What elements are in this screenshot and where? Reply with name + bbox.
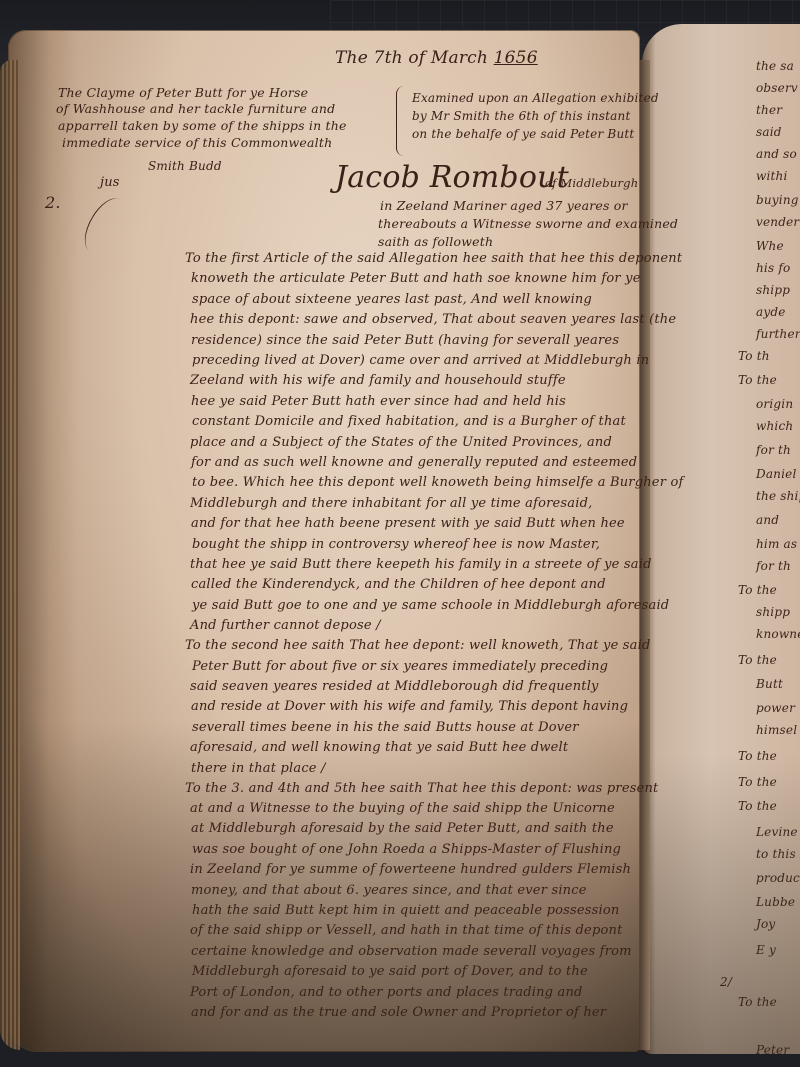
header-date: The 7th of March 1656 xyxy=(335,50,538,67)
deposition-line: knoweth the articulate Peter Butt and ha… xyxy=(191,272,641,285)
right-page-fragment: himsel xyxy=(756,724,797,736)
right-page-fragment: withi xyxy=(756,170,788,182)
deposition-line: called the Kinderendyck, and the Childre… xyxy=(191,578,606,591)
right-page-fragment: E y xyxy=(756,944,776,956)
deposition-line: and reside at Dover with his wife and fa… xyxy=(191,700,628,713)
right-page-fragment: To the xyxy=(738,776,777,788)
right-page-fragment: Lubbe xyxy=(756,896,795,908)
header-date-month: March xyxy=(431,48,488,68)
deposition-line: that hee ye said Butt there keepeth his … xyxy=(190,558,652,571)
margin-note-line: The Clayme of Peter Butt for ye Horse xyxy=(58,87,308,100)
right-page-fragment: To the xyxy=(738,374,777,386)
deposition-line: said seaven yeares resided at Middleboro… xyxy=(190,680,599,693)
deposition-line: of the said shipp or Vessell, and hath i… xyxy=(190,924,623,937)
right-page-fragment: for th xyxy=(756,560,791,572)
right-page-fragment: knowne xyxy=(756,628,800,640)
margin-note-line: immediate service of this Commonwealth xyxy=(62,137,332,150)
right-page-fragment: Levine xyxy=(756,826,798,838)
right-page-fragment: his fo xyxy=(756,262,790,274)
deposition-line: place and a Subject of the States of the… xyxy=(190,436,612,449)
deposition-line: severall times beene in his the said But… xyxy=(192,721,579,734)
deposition-line: certaine knowledge and observation made … xyxy=(191,945,632,958)
deposition-line: at Middleburgh aforesaid by the said Pet… xyxy=(191,822,614,835)
right-page-fragment: Peter xyxy=(756,1044,789,1056)
right-page-fragment: shipp xyxy=(756,284,790,296)
right-page-fragment: observ xyxy=(756,82,798,94)
deposition-line: Peter Butt for about five or six yeares … xyxy=(192,660,608,673)
right-page-fragment: ayde xyxy=(756,306,786,318)
right-page-fragment: ther xyxy=(756,104,782,116)
right-page-fragment: Joy xyxy=(756,918,775,930)
right-page-fragment: for th xyxy=(756,444,791,456)
deposition-line: hath the said Butt kept him in quiett an… xyxy=(192,904,620,917)
right-page-fragment: To th xyxy=(738,350,770,362)
caption-line: by Mr Smith the 6th of this instant xyxy=(412,110,630,122)
right-page-fragment: to this De xyxy=(756,848,800,860)
deposition-line: and for and as the true and sole Owner a… xyxy=(191,1006,606,1019)
deposition-line: and for that hee hath beene present with… xyxy=(191,517,625,530)
deposition-line: for and as such well knowne and generall… xyxy=(191,456,637,469)
right-page-fragment: buying xyxy=(756,194,799,206)
page-edge-stack xyxy=(0,60,20,1050)
deposition-line: residence) since the said Peter Butt (ha… xyxy=(191,334,619,347)
right-page-fragment: To the xyxy=(738,654,777,666)
deponent-info-line: thereabouts a Witnesse sworne and examin… xyxy=(378,218,678,231)
deposition-line: Middleburgh and there inhabitant for all… xyxy=(190,497,592,510)
right-page-fragment: Daniel xyxy=(756,468,796,480)
right-page-fragment: and so xyxy=(756,148,797,160)
right-page-fragment: him as xyxy=(756,538,797,550)
deposition-line: To the second hee saith That hee depont:… xyxy=(185,639,651,652)
deponent-name: Jacob Rombout xyxy=(335,163,569,193)
margin-note-line: of Washhouse and her tackle furniture an… xyxy=(56,103,335,116)
deponent-info-line: in Zeeland Mariner aged 37 yeares or xyxy=(380,200,628,213)
deponent-info-line: saith as followeth xyxy=(378,236,493,249)
right-page-fragment: Butt xyxy=(756,678,783,690)
deposition-line: To the first Article of the said Allegat… xyxy=(185,252,682,265)
deposition-line: hee this depont: sawe and observed, That… xyxy=(190,313,676,326)
right-page-fragment: 2/ xyxy=(720,976,732,988)
deposition-line: aforesaid, and well knowing that ye said… xyxy=(190,741,568,754)
deposition-line: at and a Witnesse to the buying of the s… xyxy=(190,802,615,815)
deposition-line: there in that place / xyxy=(191,762,326,775)
deposition-line: bought the shipp in controversy whereof … xyxy=(192,538,600,551)
folio-mark: 2. xyxy=(45,195,61,211)
caption-line: Examined upon an Allegation exhibited xyxy=(412,92,659,104)
right-page-fragment: power xyxy=(756,702,795,714)
right-page-fragment: Whe xyxy=(756,240,784,252)
deposition-line: was soe bought of one John Roeda a Shipp… xyxy=(192,843,621,856)
caption-line: on the behalfe of ye said Peter Butt xyxy=(412,128,634,140)
right-page-fragment: said xyxy=(756,126,782,138)
right-page-fragment: To the xyxy=(738,750,777,762)
right-page-fragment: produc xyxy=(756,872,800,884)
deposition-line: constant Domicile and fixed habitation, … xyxy=(192,415,626,428)
deposition-line: money, and that about 6. yeares since, a… xyxy=(191,884,587,897)
margin-signature: Smith Budd xyxy=(148,160,222,172)
deposition-line: To the 3. and 4th and 5th hee saith That… xyxy=(185,782,658,795)
deposition-line: Middleburgh aforesaid to ye said port of… xyxy=(192,965,588,978)
deposition-line: space of about sixteene yeares last past… xyxy=(192,293,592,306)
right-page-fragment: origin xyxy=(756,398,793,410)
header-date-prefix: The 7th of xyxy=(335,48,425,68)
deposition-line: preceding lived at Dover) came over and … xyxy=(192,354,649,367)
right-page-fragment: vender xyxy=(756,216,799,228)
deposition-line: in Zeeland for ye summe of fowerteene hu… xyxy=(190,863,631,876)
deposition-line: to bee. Which hee this depont well knowe… xyxy=(192,476,683,489)
deposition-line: Port of London, and to other ports and p… xyxy=(190,986,583,999)
deposition-line: hee ye said Peter Butt hath ever since h… xyxy=(191,395,566,408)
deposition-line: And further cannot depose / xyxy=(190,619,381,632)
right-page-fragment: the sa xyxy=(756,60,794,72)
ius-mark: jus xyxy=(100,176,120,189)
right-page-fragment: shipp xyxy=(756,606,790,618)
right-page-fragment: To the xyxy=(738,584,777,596)
header-date-year: 1656 xyxy=(494,48,538,68)
right-page-fragment: the ship xyxy=(756,490,800,502)
caption-brace xyxy=(396,86,407,156)
deposition-line: ye said Butt goe to one and ye same scho… xyxy=(192,599,669,612)
right-page-fragment: which xyxy=(756,420,793,432)
deposition-line: Zeeland with his wife and family and hou… xyxy=(190,374,566,387)
margin-note-line: apparrell taken by some of the shipps in… xyxy=(58,120,347,133)
right-page-fragment: and xyxy=(756,514,779,526)
right-page-fragment: To the xyxy=(738,800,777,812)
deponent-info-line: of Middleburgh xyxy=(545,178,638,190)
right-page-fragment: To the xyxy=(738,996,777,1008)
right-page-fragment: further xyxy=(756,328,800,340)
